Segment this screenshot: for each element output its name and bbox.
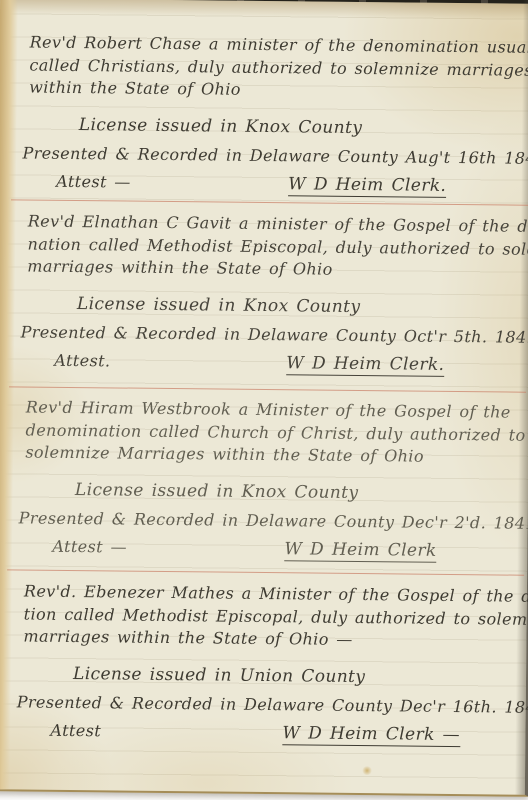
ledger-page: Rev'd Robert Chase a minister of the den… (0, 0, 528, 797)
recorded-line: Presented & Recorded in Delaware County … (17, 692, 518, 716)
license-line: License issued in Knox County (79, 115, 524, 140)
entry-separator (9, 386, 526, 392)
attest-label: Attest (50, 720, 101, 740)
recorded-line: Presented & Recorded in Delaware County … (19, 508, 520, 532)
clerk-signature: W D Heim Clerk. (286, 353, 444, 377)
attest-row: Attest — W D Heim Clerk. (0, 171, 523, 200)
license-line: License issued in Union County (73, 664, 518, 689)
recorded-line: Presented & Recorded in Delaware County … (22, 143, 523, 167)
recorded-line: Presented & Recorded in Delaware County … (21, 322, 522, 346)
register-entry-1: Rev'd Robert Chase a minister of the den… (0, 31, 525, 200)
attest-row: Attest — W D Heim Clerk (0, 536, 519, 565)
clerk-signature: W D Heim Clerk. (288, 174, 446, 198)
attest-label: Attest — (52, 536, 127, 556)
attest-label: Attest. (54, 350, 110, 370)
register-entry-4: Rev'd. Ebenezer Mathes a Minister of the… (0, 580, 519, 749)
register-entry-2: Rev'd Elnathan C Gavit a minister of the… (0, 210, 523, 379)
entry-separator (7, 569, 524, 575)
clerk-signature: W D Heim Clerk — (282, 723, 460, 747)
attest-row: Attest W D Heim Clerk — (0, 720, 518, 749)
clerk-signature: W D Heim Clerk (284, 539, 437, 563)
license-line: License issued in Knox County (77, 294, 522, 319)
license-line: License issued in Knox County (75, 480, 520, 505)
page-top-edge-shadow (0, 0, 528, 20)
register-entry-3: Rev'd Hiram Westbrook a Minister of the … (0, 396, 521, 565)
ink-stain (362, 766, 372, 775)
entry-separator (11, 199, 528, 205)
attest-row: Attest. W D Heim Clerk. (0, 350, 521, 379)
attest-label: Attest — (56, 171, 131, 191)
